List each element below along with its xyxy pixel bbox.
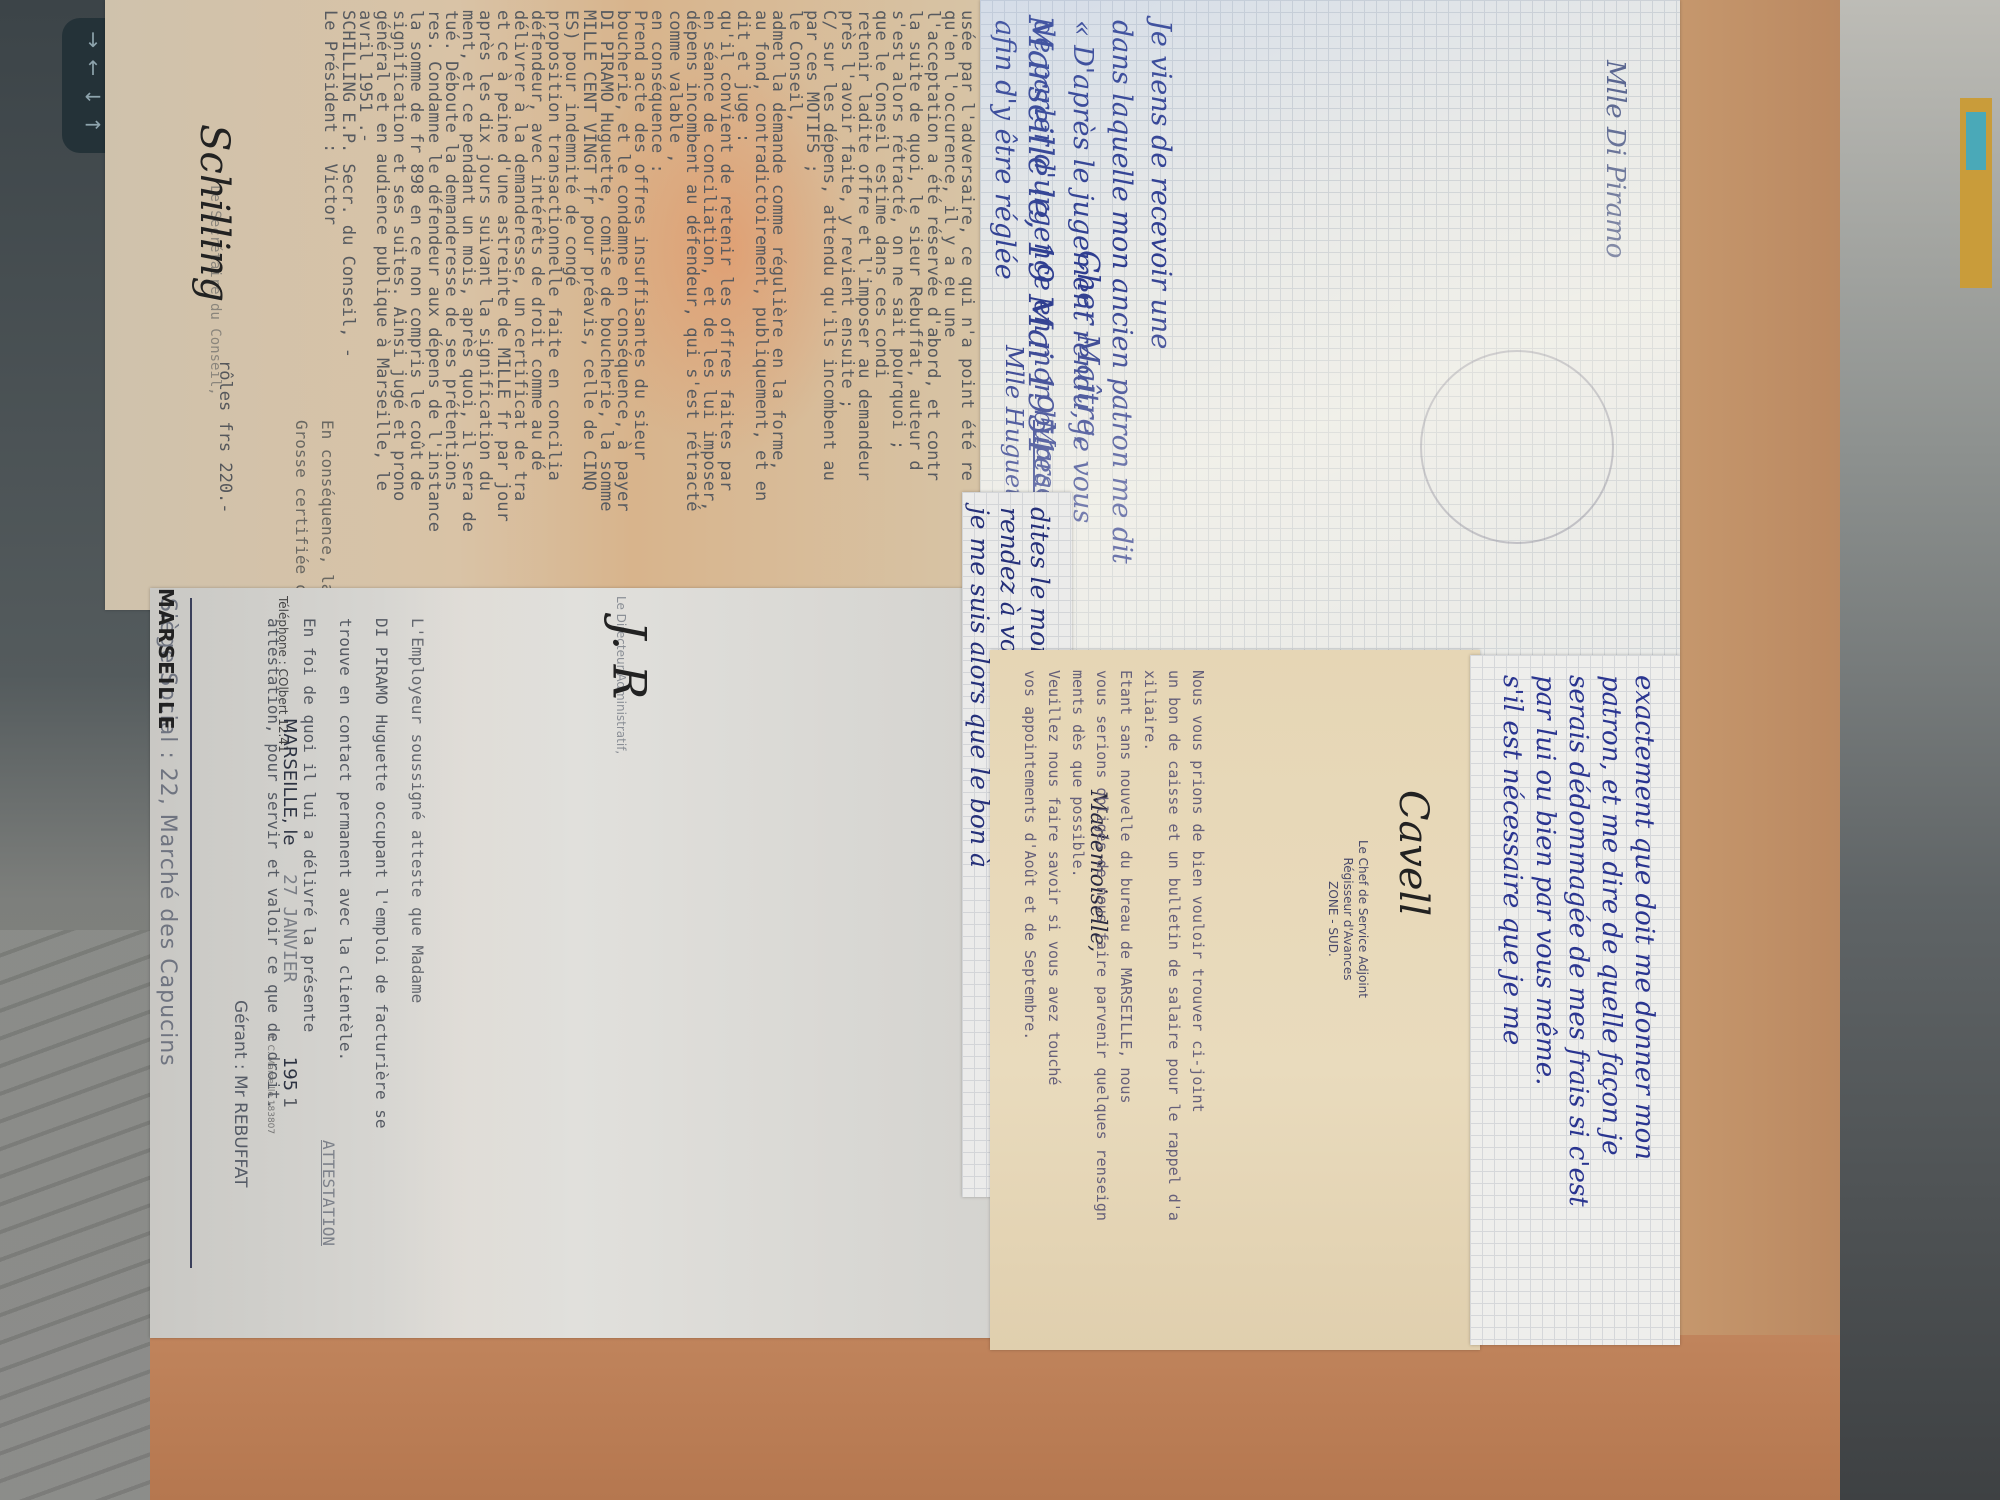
court-text-line: la somme de fr 898 en ce non compris le … <box>407 10 424 532</box>
court-judgment-document: usée par l'adversaire, ce qui n'a point … <box>105 0 985 610</box>
court-text-line: que le Conseil estime dans ces condi <box>872 10 889 532</box>
mademoiselle-line: vos appointements d'Août et de Septembre… <box>1018 670 1042 1221</box>
attestation-heading: ATTESTATION <box>319 1140 338 1246</box>
mademoiselle-line: un bon de caisse et un bulletin de salai… <box>1162 670 1186 1221</box>
court-text-line: Prend acte des offres insuffisantes du s… <box>631 10 648 532</box>
attestation-line: trouve en contact permanent avec la clie… <box>327 618 363 1129</box>
court-text-line: dépens incombent au défendeur, qui s'est… <box>683 10 700 532</box>
mademoiselle-line: ments dès que possible. <box>1066 670 1090 1221</box>
attestation-line: L'Employeur soussigné atteste que Madame <box>399 618 435 1129</box>
court-text-line: général et en audience publique à Marsei… <box>373 10 390 532</box>
signatory-line: ZONE - SUD. <box>1325 840 1340 998</box>
court-text-line: boucherie, et le condamne en conséquence… <box>614 10 631 532</box>
mademoiselle-line: Veuillez nous faire savoir si vous avez … <box>1042 670 1066 1221</box>
court-text-line: res. Condamne le défendeur aux dépens de… <box>425 10 442 532</box>
director-signature: J. R <box>602 621 656 700</box>
court-text-line: usée par l'adversaire, ce qui n'a point … <box>958 10 975 532</box>
yellow-sign-reflection <box>1960 98 1992 288</box>
signatory-line: Régisseur d'Avances <box>1340 840 1355 998</box>
note-bottom-line: exactement que doit me donner mon <box>1627 675 1660 1207</box>
court-text-line: qu'en l'occurence, il y a eu une <box>941 10 958 532</box>
court-text-line: le Conseil, <box>786 10 803 532</box>
court-text-line: tué. Déboute la demanderesse de ses prét… <box>442 10 459 532</box>
secretary-signature: Schilling <box>191 124 237 302</box>
court-text-line: en conséquence : <box>648 10 665 532</box>
note-bottom-line: patron, et me dire de quelle façon je <box>1594 675 1627 1207</box>
court-text-line: en séance de conciliation, et de les lui… <box>700 10 717 532</box>
attestation-line: attestation, pour servir et valoir ce qu… <box>255 618 291 1129</box>
mademoiselle-letter: Mademoiselle, Nous vous prions de bien v… <box>990 650 1480 1350</box>
court-text-line: délivrer à la demanderesse, un certifica… <box>511 10 528 532</box>
court-text-line: s'est alors rétracté, on ne sait pourquo… <box>889 10 906 532</box>
court-text-line: qu'il convient de retenir les offres fai… <box>717 10 734 532</box>
court-text-line: après les dix jours suivant la significa… <box>476 10 493 532</box>
court-text-line: dit et juge : <box>734 10 751 532</box>
mademoiselle-line: Nous vous prions de bien vouloir trouver… <box>1186 670 1210 1221</box>
mademoiselle-line: xiliaire. <box>1138 670 1162 1221</box>
court-text-line: et ce à peine d'une astreinte de MILLE f… <box>493 10 510 532</box>
note-bottom-line: s'il est nécessaire que je me <box>1495 675 1528 1207</box>
court-text-line: admet la demande comme régulière en la f… <box>769 10 786 532</box>
note-bottom-line: par lui ou bien par vous même. <box>1528 675 1561 1207</box>
ink-stamp <box>1420 350 1614 544</box>
court-text-line: SCHILLING E.P. Secr. du Conseil, - <box>338 10 355 532</box>
court-text-line: avril 1951 .- <box>356 10 373 532</box>
court-text-line: la suite de quoi, le sieur Rebuffat, aut… <box>906 10 923 532</box>
letter-line: dans laquelle mon ancien patron me dit <box>1102 20 1141 589</box>
court-text-line: signification et ses suites. Ainsi jugé … <box>390 10 407 532</box>
mademoiselle-line: Etant sans nouvelle du bureau de MARSEIL… <box>1114 670 1138 1221</box>
signatory-line: Le Chef de Service Adjoint <box>1355 840 1370 998</box>
attestation-line: En foi de quoi il lui a délivré la prése… <box>291 618 327 1129</box>
wooden-board-edge <box>1660 0 1860 1500</box>
attestation-body: L'Employeur soussigné atteste que Madame… <box>255 618 435 1129</box>
court-text-line: ES) pour indemnité de congé <box>562 10 579 532</box>
attestation-document: Siège Social : 22, Marché des Capucins M… <box>150 588 1000 1338</box>
court-text-line: au fond, contradictoirement, publiquemen… <box>751 10 768 532</box>
letter-line: Je viens de recevoir une <box>1141 20 1180 589</box>
mademoiselle-line: vous serions obligés de nous faire parve… <box>1090 670 1114 1221</box>
note-bottom-line: serais dédommagée de mes frais si c'est <box>1561 675 1594 1207</box>
letterhead-gerant: Gérant : Mr REBUFFAT <box>230 1000 250 1187</box>
mademoiselle-signatory: Le Chef de Service AdjointRégisseur d'Av… <box>1325 840 1370 998</box>
court-footer: En conséquence, la République Française … <box>288 420 340 610</box>
letterhead-company: MARSEILLE <box>154 588 178 731</box>
handwritten-note-bottom: exactement que doit me donner monpatron,… <box>1470 655 1680 1345</box>
court-text-line: l'acceptation a été réservée d'abord, et… <box>923 10 940 532</box>
court-text-line: ment, et ce pendant un mois, après quoi,… <box>459 10 476 532</box>
court-text-line: MILLE CENT VINGT fr pour préavis, celle … <box>579 10 596 532</box>
court-text-line: près l'avoir faite, y revient ensuite ; <box>837 10 854 532</box>
court-text-line: comme valable , <box>665 10 682 532</box>
court-text-line: DI PIRAMO Huguette, comise de boucherie,… <box>597 10 614 532</box>
wooden-board-bottom <box>150 1335 1840 1500</box>
court-text-line: retenir ladite offre et l'imposer au dem… <box>855 10 872 532</box>
handwritten-letter: Marseille le, 19 Mai 1951 Mlle Huguette … <box>980 0 1680 655</box>
letter-signature: Mlle Di Piramo <box>1600 60 1630 258</box>
chef-signature: Cavell <box>1390 790 1436 916</box>
note-bottom-text: exactement que doit me donner monpatron,… <box>1495 675 1660 1207</box>
court-text-line: par ces MOTIFS ; <box>803 10 820 532</box>
court-text-line: proposition transactionnelle faite en co… <box>545 10 562 532</box>
court-text-line: C/ sur les dépens, attendu qu'ils incomb… <box>820 10 837 532</box>
mademoiselle-body: Nous vous prions de bien vouloir trouver… <box>1018 670 1210 1221</box>
court-judgment-text: usée par l'adversaire, ce qui n'a point … <box>321 10 975 532</box>
court-text-line: défendeur, avec intérêts de droit comme … <box>528 10 545 532</box>
attestation-line: DI PIRAMO Huguette occupant l'emploi de … <box>363 618 399 1129</box>
